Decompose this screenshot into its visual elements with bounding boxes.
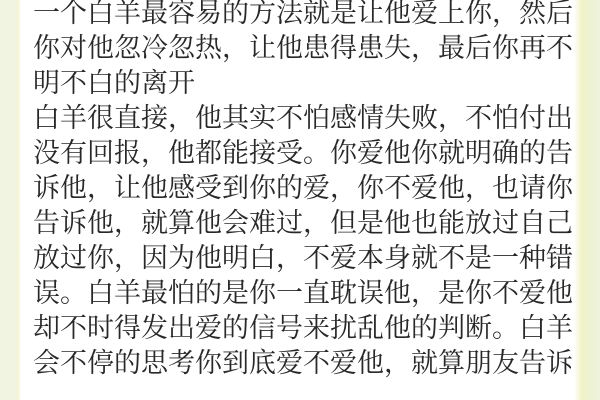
article-page: 一个白羊最容易的方法就是让他爱上你，然后 你对他忽冷忽热，让他患得患失，最后你再…: [0, 0, 600, 400]
text-line: 诉他，让他感受到你的爱，你不爱他，也请你: [33, 171, 573, 206]
text-line: 告诉他，就算他会难过，但是他也能放过自己: [33, 206, 573, 241]
text-line: 一个白羊最容易的方法就是让他爱上你，然后: [33, 0, 573, 31]
text-line: 放过你，因为他明白，不爱本身就不是一种错: [33, 241, 573, 276]
page-background-strip-left: [0, 0, 21, 400]
page-background-strip-right: [574, 0, 600, 400]
text-line: 没有回报，他都能接受。你爱他你就明确的告: [33, 136, 573, 171]
text-line: 你对他忽冷忽热，让他患得患失，最后你再不: [33, 31, 573, 66]
article-text: 一个白羊最容易的方法就是让他爱上你，然后 你对他忽冷忽热，让他患得患失，最后你再…: [33, 0, 573, 381]
text-line: 误。白羊最怕的是你一直耽误他，是你不爱他: [33, 276, 573, 311]
text-line: 会不停的思考你到底爱不爱他，就算朋友告诉: [33, 346, 573, 381]
text-line: 白羊很直接，他其实不怕感情失败，不怕付出: [33, 101, 573, 136]
text-line: 明不白的离开: [33, 66, 573, 101]
text-line: 却不时得发出爱的信号来扰乱他的判断。白羊: [33, 311, 573, 346]
